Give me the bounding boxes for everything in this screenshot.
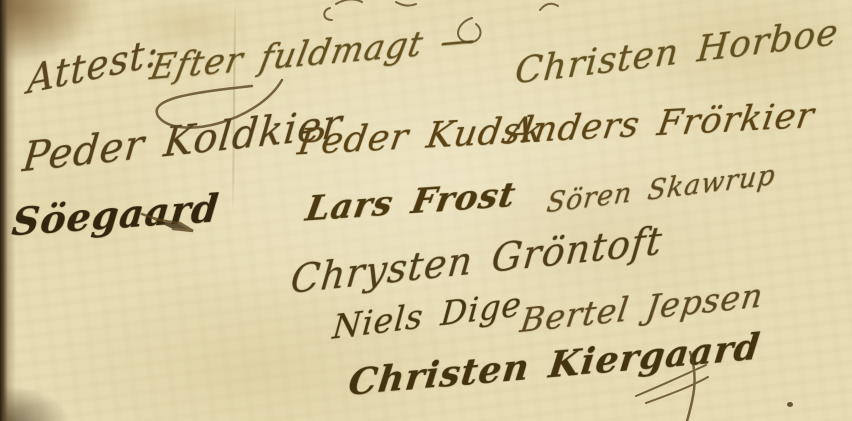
proxy-note: Efter fuldmagt —: [147, 19, 480, 88]
manuscript-page: Attest: Efter fuldmagt — Christen Horboe…: [0, 0, 852, 421]
signature-christen-horboe: Christen Horboe: [513, 12, 840, 93]
signature-peder-koldkier: Peder Koldkier: [20, 101, 344, 181]
signature-christen-kiergaard: Christen Kiergaard: [346, 326, 762, 405]
signature-anders-frorkier: Anders Frörkier: [505, 96, 817, 152]
cutoff-stroke-icon: [336, 0, 362, 4]
ink-blot: [787, 402, 793, 407]
signature-lars-frost: Lars Frost: [303, 174, 519, 229]
signature-soren-skawrup: Sören Skawrup: [545, 160, 777, 220]
signature-soegaard: Söegaard: [10, 185, 222, 245]
paper-crease-line: [232, 0, 236, 214]
